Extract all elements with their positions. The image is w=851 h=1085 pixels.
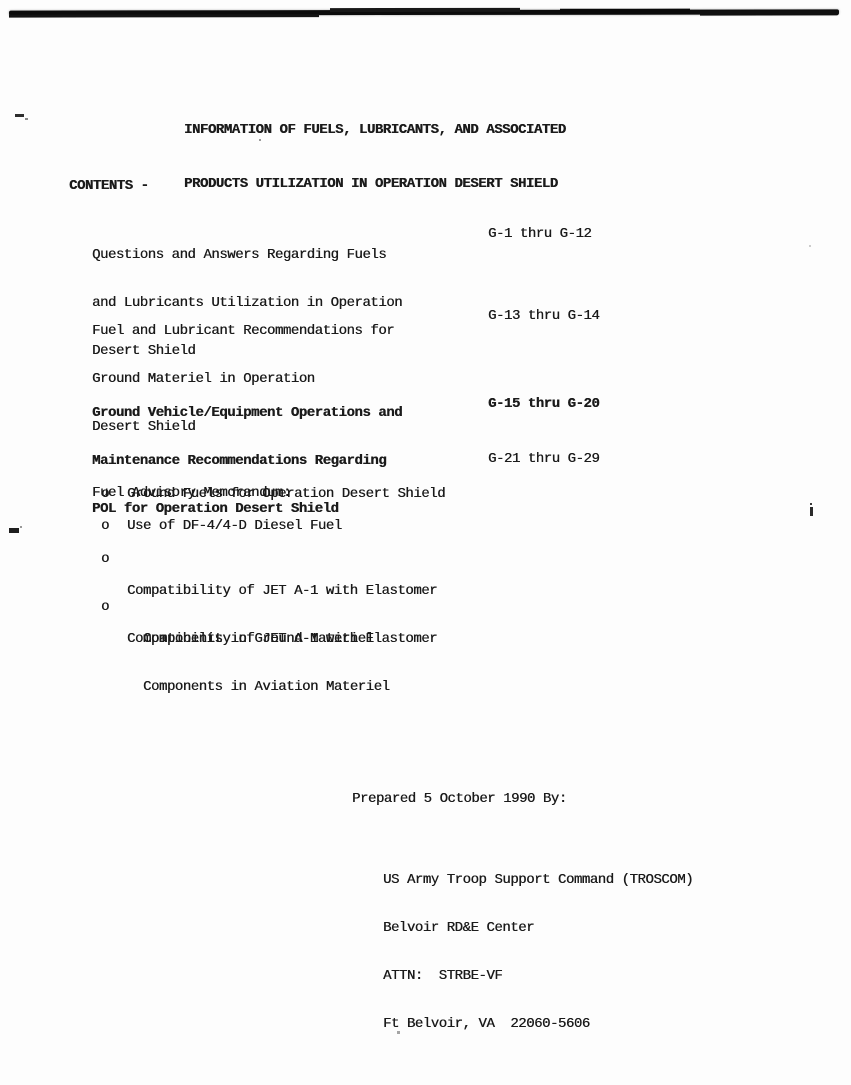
prepared-by-address: US Army Troop Support Command (TROSCOM) …: [383, 840, 693, 1064]
scan-speck-left-margin-dash: [9, 528, 19, 533]
scan-speck-title-area: [259, 139, 261, 141]
contents-heading: CONTENTS -: [69, 178, 149, 194]
scan-speck-right-margin-dot: [810, 503, 812, 505]
toc-entry-pages: G-13 thru G-14: [488, 308, 599, 324]
memo-item-line: Components in Aviation Materiel: [127, 679, 437, 695]
memo-list-item: o Use of DF-4/4-D Diesel Fuel: [101, 518, 342, 534]
memo-item-line: Ground Fuels for Operation Desert Shield: [127, 486, 445, 502]
scan-speck-left-margin-dot: [20, 526, 22, 528]
address-line: US Army Troop Support Command (TROSCOM): [383, 872, 693, 888]
bullet-marker: o: [101, 599, 127, 727]
address-line: Belvoir RD&E Center: [383, 920, 693, 936]
scan-speck-left-top-dot: [25, 118, 28, 120]
scan-speck-left-top: [15, 114, 24, 117]
scan-artifact-bar-segment: [560, 9, 690, 14]
memo-item-line: Compatibility of JET A-1 with Elastomer: [127, 583, 437, 599]
scanned-page: INFORMATION OF FUELS, LUBRICANTS, AND AS…: [0, 0, 851, 1085]
toc-entry-line: Fuel and Lubricant Recommendations for: [92, 323, 394, 339]
toc-entry-pages: G-21 thru G-29: [488, 451, 599, 467]
toc-entry-line: Questions and Answers Regarding Fuels: [92, 247, 402, 263]
scan-speck-right-faint: [809, 245, 811, 247]
memo-item-line: Use of DF-4/4-D Diesel Fuel: [127, 518, 342, 534]
memo-item-line: Compatibility of JET A-1 with Elastomer: [127, 631, 437, 647]
toc-entry-pages: G-15 thru G-20: [488, 396, 599, 412]
bullet-marker: o: [101, 486, 127, 502]
memo-list-item: o Ground Fuels for Operation Desert Shie…: [101, 486, 445, 502]
scan-speck-bottom: [397, 1031, 400, 1034]
toc-entry-line: Ground Vehicle/Equipment Operations and: [92, 405, 402, 421]
scan-artifact-bar-segment: [330, 8, 520, 12]
document-title-line: PRODUCTS UTILIZATION IN OPERATION DESERT…: [184, 175, 566, 193]
memo-list-item: o Compatibility of JET A-1 with Elastome…: [101, 599, 437, 727]
toc-entry-pages: G-1 thru G-12: [488, 226, 591, 242]
document-title-line: INFORMATION OF FUELS, LUBRICANTS, AND AS…: [184, 121, 566, 139]
scan-artifact-bar-segment: [700, 10, 839, 15]
document-title: INFORMATION OF FUELS, LUBRICANTS, AND AS…: [184, 85, 566, 229]
prepared-by-heading: Prepared 5 October 1990 By:: [352, 791, 567, 807]
scan-artifact-bar-segment: [9, 14, 319, 17]
scan-artifact-top-edge: [0, 0, 851, 25]
address-line: ATTN: STRBE-VF: [383, 968, 693, 984]
bullet-marker: o: [101, 518, 127, 534]
scan-speck-right-margin-bar: [810, 507, 813, 516]
address-line: Ft Belvoir, VA 22060-5606: [383, 1016, 693, 1032]
